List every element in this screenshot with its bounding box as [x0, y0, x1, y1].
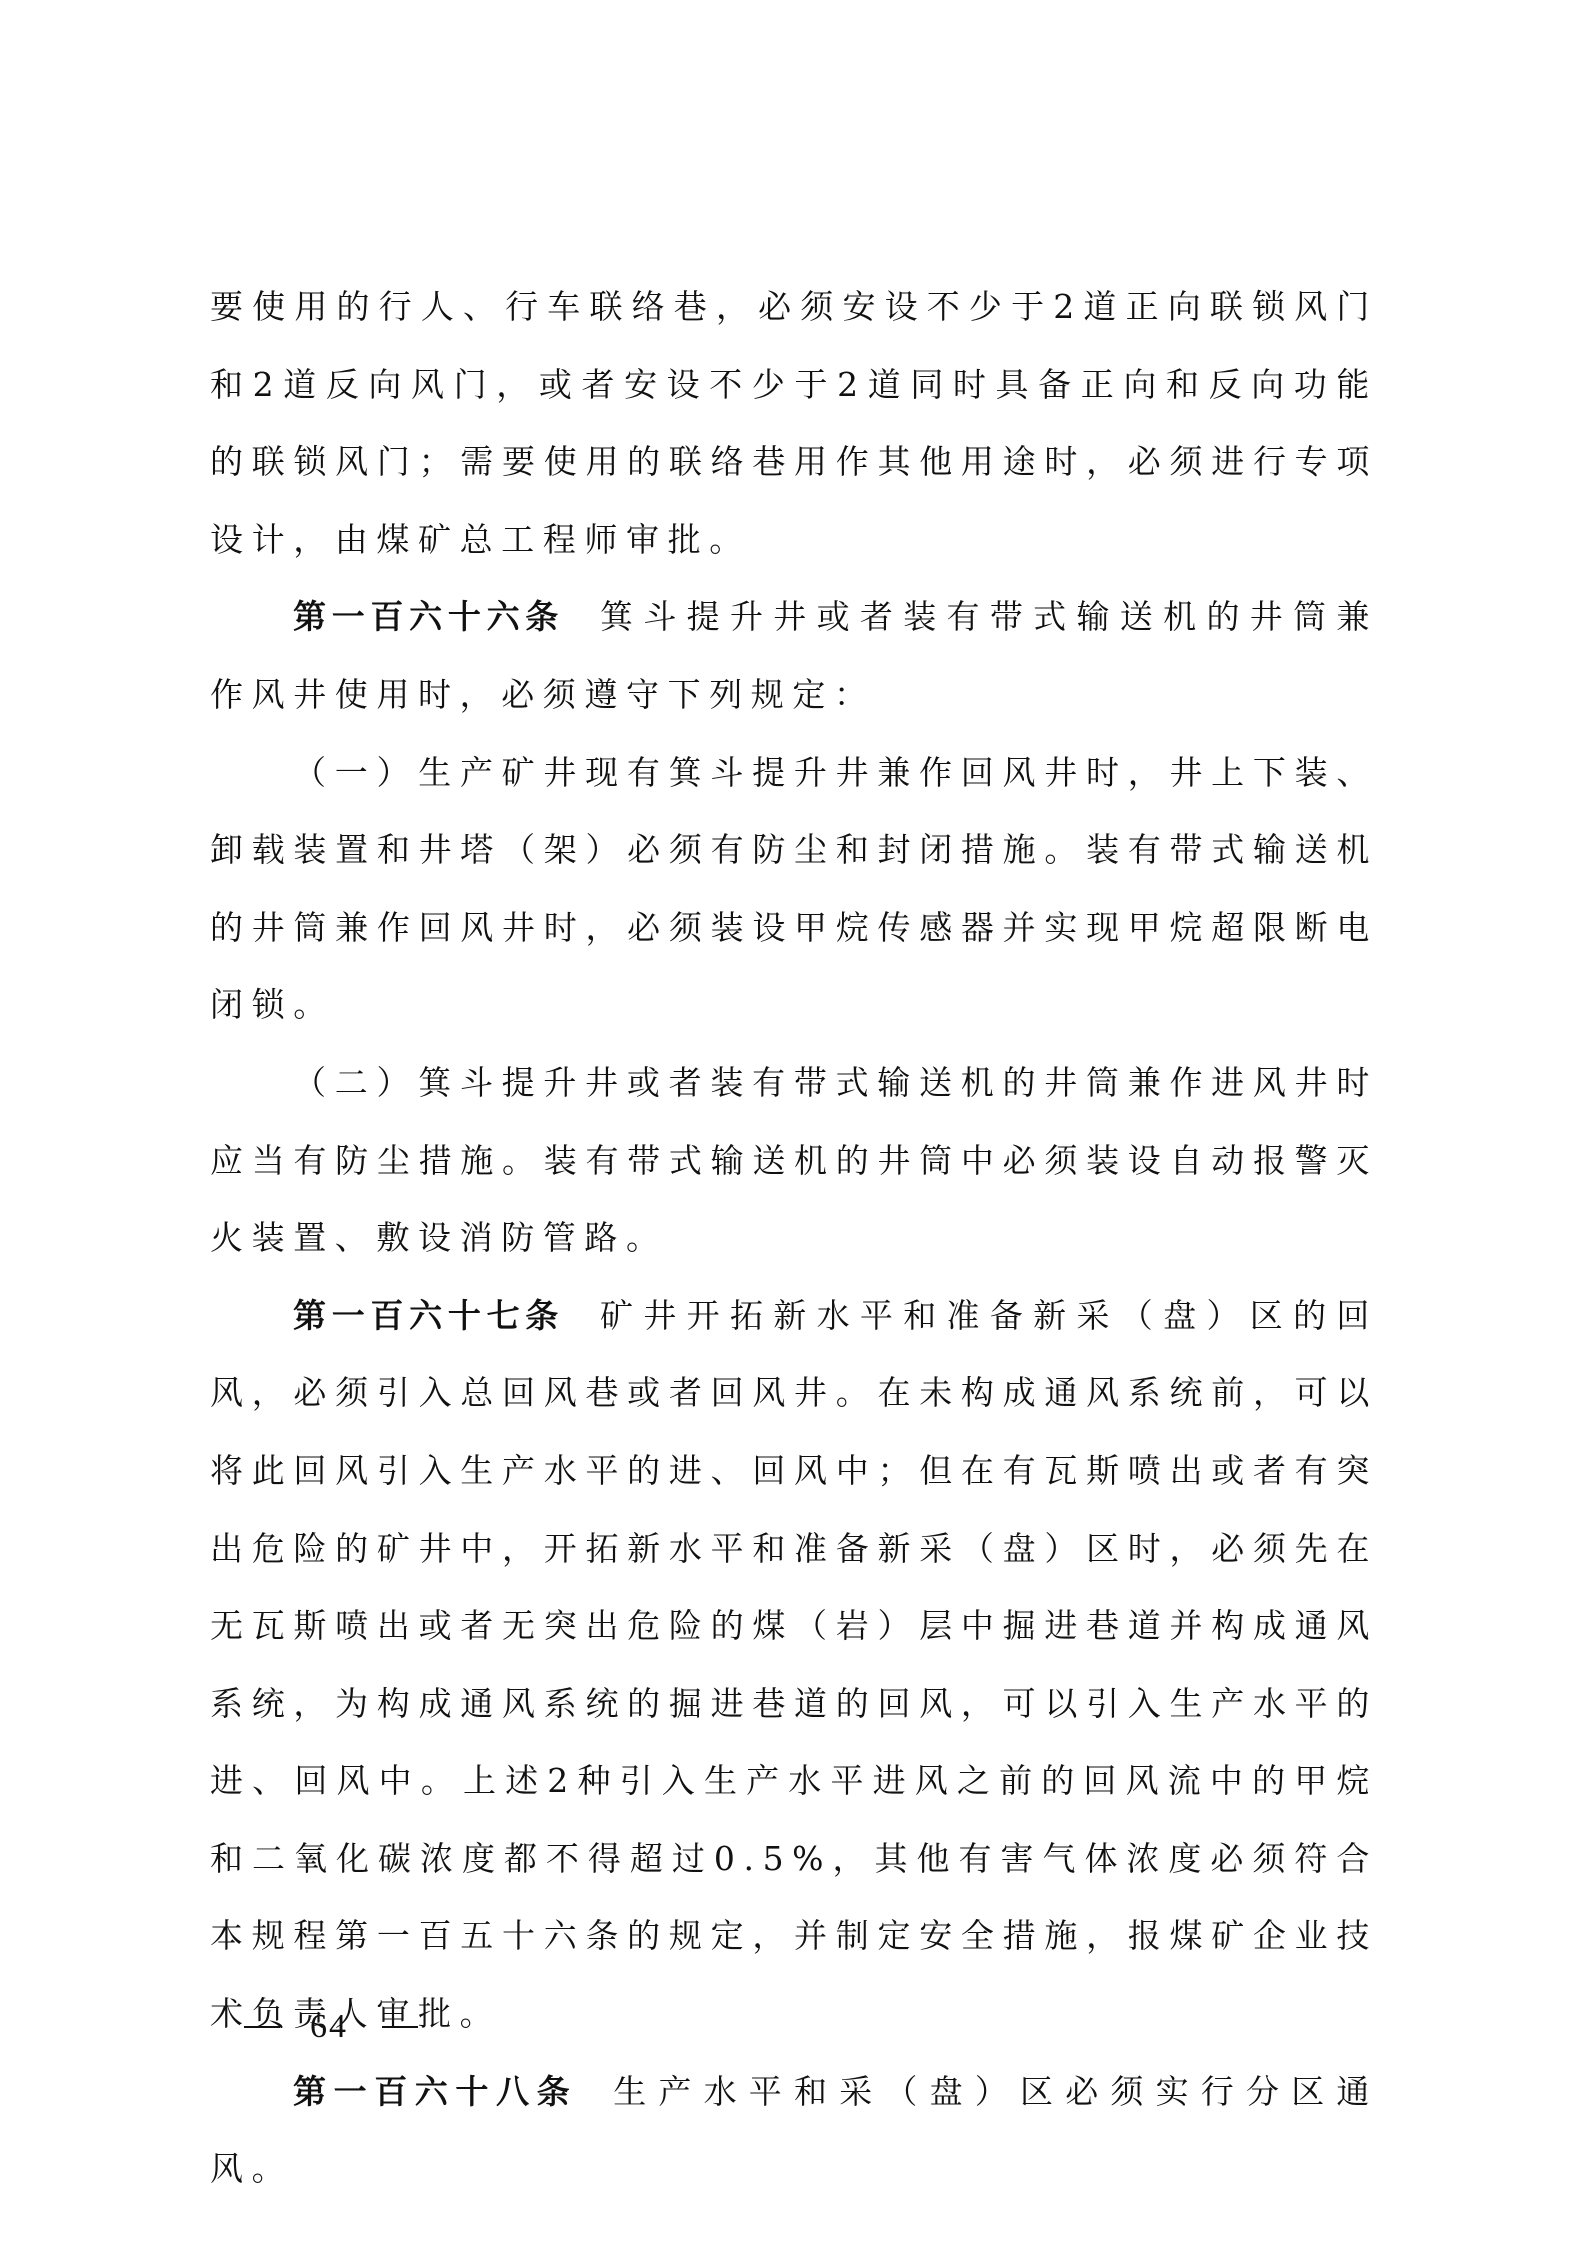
- article-heading: 第一百六十七条: [293, 1296, 564, 1335]
- article-heading: 第一百六十八条: [293, 2072, 577, 2111]
- article-167: 第一百六十七条矿井开拓新水平和准备新采（盘）区的回风，必须引入总回风巷或者回风井…: [210, 1277, 1378, 2053]
- paragraph-continuation: 要使用的行人、行车联络巷，必须安设不少于2道正向联锁风门和2道反向风门，或者安设…: [210, 268, 1378, 578]
- page-number: 64: [310, 2008, 348, 2046]
- article-text: 矿井开拓新水平和准备新采（盘）区的回风，必须引入总回风巷或者回风井。在未构成通风…: [210, 1296, 1378, 2033]
- footer-dash-left: [244, 2026, 280, 2028]
- article-166-item-2: （二）箕斗提升井或者装有带式输送机的井筒兼作进风井时应当有防尘措施。装有带式输送…: [210, 1044, 1378, 1277]
- item-text: （一）生产矿井现有箕斗提升井兼作回风井时，井上下装、卸载装置和井塔（架）必须有防…: [210, 753, 1378, 1025]
- document-page: 要使用的行人、行车联络巷，必须安设不少于2道正向联锁风门和2道反向风门，或者安设…: [210, 268, 1378, 2208]
- paragraph-text: 要使用的行人、行车联络巷，必须安设不少于2道正向联锁风门和2道反向风门，或者安设…: [210, 287, 1378, 559]
- article-166-item-1: （一）生产矿井现有箕斗提升井兼作回风井时，井上下装、卸载装置和井塔（架）必须有防…: [210, 734, 1378, 1044]
- article-166: 第一百六十六条箕斗提升井或者装有带式输送机的井筒兼作风井使用时，必须遵守下列规定…: [210, 578, 1378, 733]
- item-text: （二）箕斗提升井或者装有带式输送机的井筒兼作进风井时应当有防尘措施。装有带式输送…: [210, 1063, 1378, 1257]
- article-168: 第一百六十八条生产水平和采（盘）区必须实行分区通风。: [210, 2053, 1378, 2208]
- footer-dash-right: [382, 2026, 418, 2028]
- page-footer: 64: [244, 2008, 418, 2046]
- article-heading: 第一百六十六条: [293, 597, 564, 636]
